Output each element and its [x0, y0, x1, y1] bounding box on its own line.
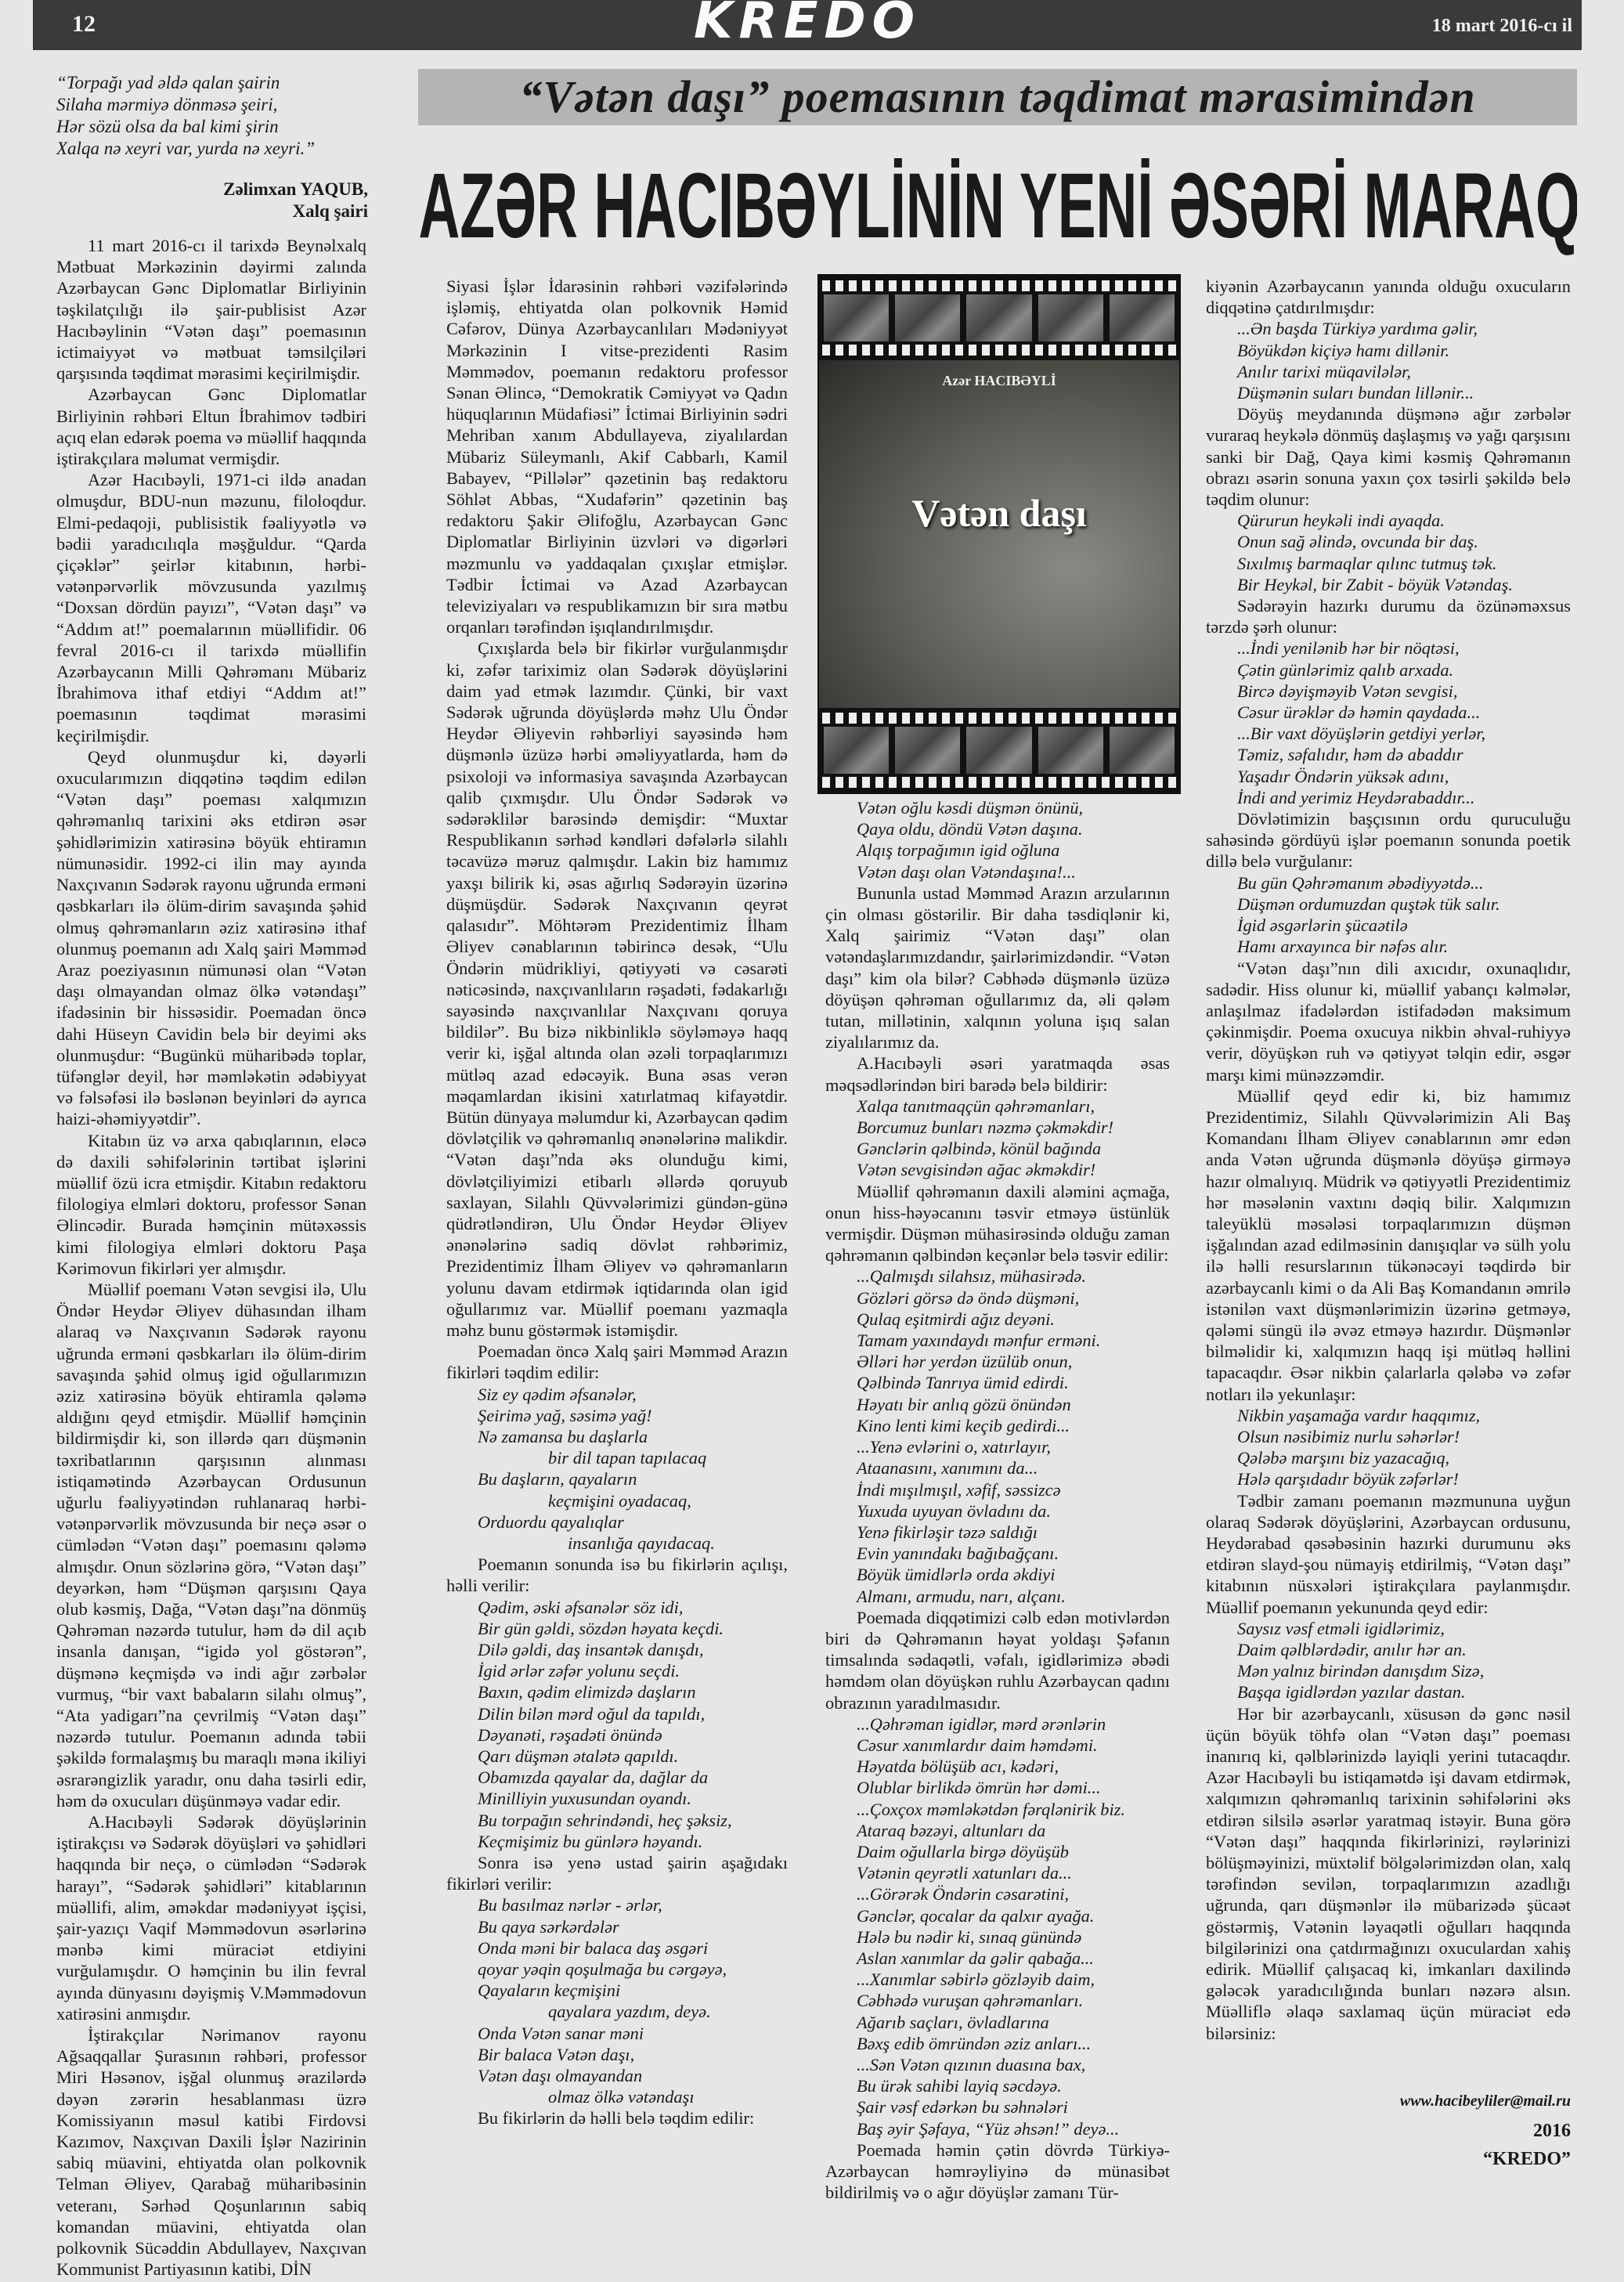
paragraph: Müəllif poemanı Vətən sevgisi ilə, Ulu Ö… [56, 1279, 366, 1811]
verse-line: Gənclərin qəlbində, könül bağında [825, 1138, 1170, 1159]
verse-line: Hələ bu nədir ki, sınaq günündə [825, 1926, 1170, 1948]
article-column-2: Siyasi İşlər İdarəsinin rəhbəri vəzifələ… [446, 276, 788, 2129]
verse-line: Mən yalnız birindən danışdım Sizə, [1206, 1660, 1571, 1681]
article-headline: AZƏR HACIBƏYLİNİN YENİ ƏSƏRİ MARAQLA QAR… [419, 155, 1577, 257]
verse-line: Qəlbində Tanrıya ümid edirdi. [825, 1372, 1170, 1393]
verse-line: İndi and yerimiz Heydərabaddır... [1206, 787, 1571, 808]
paragraph: İştirakçılar Nərimanov rayonu Ağsaqqalla… [56, 2024, 366, 2280]
verse-block: Vətən oğlu kəsdi düşmən önünü,Qaya oldu,… [825, 797, 1170, 883]
verse-block: Qədim, əski əfsanələr söz idi,Bir gün gə… [446, 1597, 788, 1852]
verse-line: Bu daşların, qayaların [446, 1468, 788, 1489]
verse-line: ...Qalmışdı silahsız, mühasirədə. [825, 1266, 1170, 1287]
signature-year: 2016 [1533, 2121, 1571, 2142]
verse-line: Minilliyin yuxusundan oyandı. [446, 1788, 788, 1809]
verse-line: Bu qaya sərkərdələr [446, 1916, 788, 1937]
contact-email-link[interactable]: www.hacibeyliler@mail.ru [1400, 2092, 1571, 2110]
verse-line: Alqış torpağımın igid oğluna [825, 840, 1170, 861]
epigraph-line: Silaha mərmiyə dönməsə şeiri, [56, 94, 370, 116]
verse-line: bir dil tapan tapılacaq [446, 1447, 788, 1468]
verse-line: Bir balaca Vətən daşı, [446, 2044, 788, 2065]
verse-line: Vətən sevgisindən ağac əkməkdir! [825, 1159, 1170, 1180]
verse-line: Bu torpağın sehrindəndi, heç şəksiz, [446, 1810, 788, 1831]
book-cover-image: Azər HACIBƏYLİ Vətən daşı [817, 274, 1181, 794]
signature-newspaper: “KREDO” [1483, 2149, 1571, 2170]
verse-line: Qulaq eşitmirdi ağız deyəni. [825, 1309, 1170, 1330]
paragraph: Kitabın üz və arxa qabıqlarının, eləcə d… [56, 1130, 366, 1279]
verse-line: Hələ qarşıdadır böyük zəfərlər! [1206, 1468, 1571, 1489]
epigraph-line: Xalqa nə xeyri var, yurda nə xeyri.” [56, 138, 370, 160]
verse-line: Bir Heykəl, bir Zabit - böyük Vətəndaş. [1206, 574, 1571, 595]
verse-line: Onda Vətən sanar məni [446, 2023, 788, 2044]
verse-block: Bu basılmaz nərlər - ərlər,Bu qaya sərkə… [446, 1894, 788, 2107]
verse-line: Borcumuz bunları nəzmə çəkməkdir! [825, 1117, 1170, 1138]
verse-block: Qürurun heykəli indi ayaqda.Onun sağ əli… [1206, 510, 1571, 595]
paragraph: Siyasi İşlər İdarəsinin rəhbəri vəzifələ… [446, 276, 788, 637]
verse-line: Cəbhədə vuruşan qəhrəmanları. [825, 1990, 1170, 2011]
verse-line: Qələbə marşını biz yazacağıq, [1206, 1447, 1571, 1468]
verse-line: Yuxuda uyuyan övladını da. [825, 1500, 1170, 1522]
verse-line: Olsun nəsibimiz nurlu səhərlər! [1206, 1426, 1571, 1447]
verse-line: Tamam yaxındaydı mənfur erməni. [825, 1330, 1170, 1351]
paragraph: Poemanın sonunda isə bu fikirlərin açılı… [446, 1554, 788, 1596]
paragraph: Qeyd olunmuşdur ki, dəyərli oxucularımız… [56, 746, 366, 1130]
paragraph: Poemada diqqətimizi cəlb edən motivlərdə… [825, 1607, 1170, 1713]
verse-line: ...Görərək Öndərin cəsarətini, [825, 1883, 1170, 1905]
epigraph-line: “Torpağı yad əldə qalan şairin [56, 72, 370, 94]
verse-line: Daim oğullarla birgə döyüşüb [825, 1841, 1170, 1862]
epigraph-author-title: Xalq şairi [149, 200, 368, 222]
filmstrip-top [819, 276, 1179, 360]
filmstrip-bottom [819, 708, 1179, 793]
verse-line: Vətən oğlu kəsdi düşmən önünü, [825, 797, 1170, 818]
paragraph: Tədbir zamanı poemanın məzmununa uyğun o… [1206, 1490, 1571, 1618]
verse-line: Saysız vəsf etməli igidlərimiz, [1206, 1618, 1571, 1639]
epigraph-author: Zəlimxan YAQUB, [149, 179, 368, 200]
verse-line: ...İndi yenilənib hər bir nöqtəsi, [1206, 637, 1571, 659]
masthead: 12 KREDO 18 mart 2016-cı il [33, 0, 1582, 50]
paragraph: kiyənin Azərbaycanın yanında olduğu oxuc… [1206, 276, 1571, 318]
verse-line: Bir gün gəldi, sözdən həyata keçdi. [446, 1618, 788, 1639]
verse-line: ...Ən başda Türkiyə yardıma gəlir, [1206, 318, 1571, 339]
paragraph: Sədərəyin hazırkı durumu da özünəməxsus … [1206, 595, 1571, 637]
epigraph: “Torpağı yad əldə qalan şairin Silaha mə… [56, 72, 370, 160]
verse-line: Orduordu qayalıqlar [446, 1511, 788, 1533]
paragraph: Azər Hacıbəyli, 1971-ci ildə anadan olmu… [56, 469, 366, 746]
verse-block: ...Ən başda Türkiyə yardıma gəlir,Böyükd… [1206, 318, 1571, 403]
verse-line: Obamızda qayalar da, dağlar da [446, 1767, 788, 1788]
article-column-3: Vətən oğlu kəsdi düşmən önünü,Qaya oldu,… [825, 797, 1170, 2203]
verse-line: Vətən daşı olan Vətəndaşına!... [825, 861, 1170, 883]
verse-line: Qədim, əski əfsanələr söz idi, [446, 1597, 788, 1618]
verse-line: İndi mışılmışıl, xəfif, səssizcə [825, 1479, 1170, 1500]
verse-block: Siz ey qədim əfsanələr,Şeirimə yağ, səsi… [446, 1384, 788, 1554]
verse-line: Baş əyir Şəfaya, “Yüz əhsən!” deyə... [825, 2118, 1170, 2139]
verse-line: Cəsur xanımlardır daim həmdəmi. [825, 1735, 1170, 1756]
verse-line: Dəyanəti, rəşadəti önündə [446, 1724, 788, 1746]
verse-line: qoyar yəqin qoşulmağa bu cərgəyə, [446, 1959, 788, 1980]
verse-line: Nikbin yaşamağa vardır haqqımız, [1206, 1405, 1571, 1426]
epigraph-line: Hər sözü olsa da bal kimi şirin [56, 116, 370, 138]
article-column-4: kiyənin Azərbaycanın yanında olduğu oxuc… [1206, 276, 1571, 2044]
verse-line: Hamı arxayınca bir nəfəs alır. [1206, 936, 1571, 957]
verse-line: Siz ey qədim əfsanələr, [446, 1384, 788, 1405]
verse-line: Kino lenti kimi keçib gedirdi... [825, 1415, 1170, 1436]
verse-line: Həyatda bölüşüb acı, kədəri, [825, 1756, 1170, 1777]
verse-line: Xalqa tanıtmaqçün qəhrəmanları, [825, 1096, 1170, 1117]
paragraph: A.Hacıbəyli əsəri yaratmaqda əsas məqsəd… [825, 1053, 1170, 1095]
paragraph: Döyüş meydanında düşmənə ağır zərbələr v… [1206, 403, 1571, 510]
epigraph-attribution: Zəlimxan YAQUB, Xalq şairi [149, 179, 368, 222]
verse-line: Aslan xanımlar da gəlir qabağa... [825, 1948, 1170, 1969]
paragraph: Hər bir azərbaycanlı, xüsusən də gənc nə… [1206, 1703, 1571, 2044]
verse-line: ...Qəhrəman igidlər, mərd ərənlərin [825, 1713, 1170, 1735]
verse-line: Dilə gəldi, daş insantək danışdı, [446, 1639, 788, 1660]
verse-line: Gənclər, qocalar da qalxır ayağa. [825, 1905, 1170, 1926]
verse-line: Keçmişimiz bu günlərə həyandı. [446, 1831, 788, 1852]
verse-line: Onun sağ əlində, ovcunda bir daş. [1206, 531, 1571, 552]
verse-line: Gözləri görsə də öndə düşməni, [825, 1287, 1170, 1309]
verse-line: Olublar birlikdə ömrün hər dəmi... [825, 1777, 1170, 1798]
newspaper-logo: KREDO [33, 0, 1582, 50]
cover-title: Vətən daşı [819, 490, 1179, 536]
paragraph: Çıxışlarda belə bir fikirlər vurğulanmış… [446, 637, 788, 1341]
verse-line: ...Bir vaxt döyüşlərin getdiyi yerlər, [1206, 723, 1571, 744]
verse-line: ...Sən Vətən qızının duasına bax, [825, 2054, 1170, 2075]
verse-line: Dilin bilən mərd oğul da tapıldı, [446, 1703, 788, 1724]
verse-line: Qürurun heykəli indi ayaqda. [1206, 510, 1571, 531]
verse-line: Qayaların keçmişini [446, 1980, 788, 2001]
verse-line: İgid əsgərlərin şücaətilə [1206, 915, 1571, 936]
verse-line: Yenə fikirləşir təzə saldığı [825, 1522, 1170, 1543]
verse-line: ...Yenə evlərini o, xatırlayır, [825, 1436, 1170, 1457]
paragraph: Poemada həmin çətin dövrdə Türkiyə-Azərb… [825, 2139, 1170, 2204]
article-kicker: “Vətən daşı” poemasının təqdimat mərasim… [418, 69, 1577, 125]
paragraph: Sonra isə yenə ustad şairin aşağıdakı fi… [446, 1852, 788, 1894]
article-column-1: 11 mart 2016-cı il tarixdə Beynəlxalq Mə… [56, 235, 366, 2280]
verse-line: Almanı, armudu, narı, alçanı. [825, 1586, 1170, 1607]
verse-line: Şeirimə yağ, səsimə yağ! [446, 1405, 788, 1426]
cover-author: Azər HACIBƏYLİ [819, 373, 1179, 389]
verse-block: ...İndi yenilənib hər bir nöqtəsi,Çətin … [1206, 637, 1571, 808]
verse-line: Ağarıb saçları, övladlarına [825, 2012, 1170, 2033]
verse-line: Daim qəlblərdədir, anılır hər an. [1206, 1639, 1571, 1660]
verse-line: ...Xanımlar səbirlə gözləyib daim, [825, 1969, 1170, 1990]
paragraph: Müəllif qeyd edir ki, biz hamımız Prezid… [1206, 1085, 1571, 1405]
verse-line: Düşmənin suları bundan lillənir... [1206, 382, 1571, 403]
verse-line: Böyükdən kiçiyə hamı dillənir. [1206, 340, 1571, 361]
verse-line: olmaz ölkə vətəndaşı [446, 2086, 788, 2107]
verse-line: Böyük ümidlərlə orda əkdiyi [825, 1564, 1170, 1585]
verse-line: Təmiz, səfalıdır, həm də abaddır [1206, 744, 1571, 765]
verse-line: Düşmən ordumuzdan quştək tük salır. [1206, 894, 1571, 915]
verse-line: Bu basılmaz nərlər - ərlər, [446, 1894, 788, 1916]
verse-line: ...Çoxçox məmləkətdən fərqlənirik biz. [825, 1799, 1170, 1820]
verse-line: insanlığa qayıdacaq. [446, 1533, 788, 1554]
issue-date: 18 mart 2016-cı il [1432, 16, 1572, 37]
verse-line: Bəxş edib ömründən əziz anları... [825, 2033, 1170, 2054]
paragraph: Bununla ustad Məmməd Arazın arzularının … [825, 883, 1170, 1053]
verse-line: Vətən daşı olmayandan [446, 2065, 788, 2086]
verse-line: Əlləri hər yerdən üzülüb onun, [825, 1351, 1170, 1372]
verse-block: Bu gün Qəhrəmanım əbədiyyətdə...Düşmən o… [1206, 872, 1571, 958]
verse-line: Bircə dəyişməyib Vətən sevgisi, [1206, 681, 1571, 702]
paragraph: Dövlətimizin başçısının ordu quruculuğu … [1206, 808, 1571, 872]
verse-line: Evin yanındakı bağıbağçanı. [825, 1543, 1170, 1564]
verse-line: İgid ərlər zəfər yolunu seçdi. [446, 1660, 788, 1681]
verse-line: keçmişini oyadacaq, [446, 1490, 788, 1511]
verse-line: Ataanasını, xanımını da... [825, 1457, 1170, 1479]
verse-line: Şair vəsf edərkən bu səhnələri [825, 2096, 1170, 2118]
verse-line: Ataraq bəzəyi, altunları da [825, 1820, 1170, 1841]
paragraph: Poemadan öncə Xalq şairi Məmməd Arazın f… [446, 1341, 788, 1383]
verse-line: qayalara yazdım, deyə. [446, 2001, 788, 2022]
verse-block: ...Qəhrəman igidlər, mərd ərənlərinCəsur… [825, 1713, 1170, 2139]
paragraph: Müəllif qəhrəmanın daxili aləmini açmağa… [825, 1181, 1170, 1266]
headline-container: AZƏR HACIBƏYLİNİN YENİ ƏSƏRİ MARAQLA QAR… [418, 155, 1577, 257]
verse-block: ...Qalmışdı silahsız, mühasirədə.Gözləri… [825, 1266, 1170, 1606]
verse-line: Baxın, qədim elimizdə daşların [446, 1681, 788, 1702]
verse-block: Nikbin yaşamağa vardır haqqımız,Olsun nə… [1206, 1405, 1571, 1490]
verse-line: Yaşadır Öndərin yüksək adını, [1206, 766, 1571, 787]
paragraph: Azərbaycan Gənc Diplomatlar Birliyinin r… [56, 384, 366, 469]
verse-line: Qaya oldu, döndü Vətən daşına. [825, 818, 1170, 840]
paragraph: A.Hacıbəyli Sədərək döyüşlərinin iştirak… [56, 1811, 366, 2024]
verse-line: Qarı düşmən ətalətə qapıldı. [446, 1746, 788, 1767]
paragraph: “Vətən daşı”nın dili axıcıdır, oxunaqlıd… [1206, 958, 1571, 1085]
verse-line: Bu ürək sahibi layiq səcdəyə. [825, 2075, 1170, 2096]
verse-line: Nə zamansa bu daşlarla [446, 1426, 788, 1447]
verse-line: Həyatı bir anlıq gözü önündən [825, 1394, 1170, 1415]
verse-line: Anılır tarixi müqavilələr, [1206, 361, 1571, 382]
verse-line: Bu gün Qəhrəmanım əbədiyyətdə... [1206, 872, 1571, 894]
verse-block: Xalqa tanıtmaqçün qəhrəmanları,Borcumuz … [825, 1096, 1170, 1181]
paragraph: Bu fikirlərin də həlli belə təqdim edili… [446, 2107, 788, 2129]
verse-line: Çətin günlərimiz qalıb arxada. [1206, 659, 1571, 681]
verse-line: Onda məni bir balaca daş əsgəri [446, 1937, 788, 1959]
verse-line: Cəsur ürəklər də həmin qaydada... [1206, 702, 1571, 723]
verse-line: Başqa igidlərdən yazılar dastan. [1206, 1681, 1571, 1702]
verse-line: Vətənin qeyrətli xatunları da... [825, 1862, 1170, 1883]
verse-block: Saysız vəsf etməli igidlərimiz,Daim qəlb… [1206, 1618, 1571, 1703]
paragraph: 11 mart 2016-cı il tarixdə Beynəlxalq Mə… [56, 235, 366, 384]
verse-line: Sıxılmış barmaqlar qılınc tutmuş tək. [1206, 553, 1571, 574]
